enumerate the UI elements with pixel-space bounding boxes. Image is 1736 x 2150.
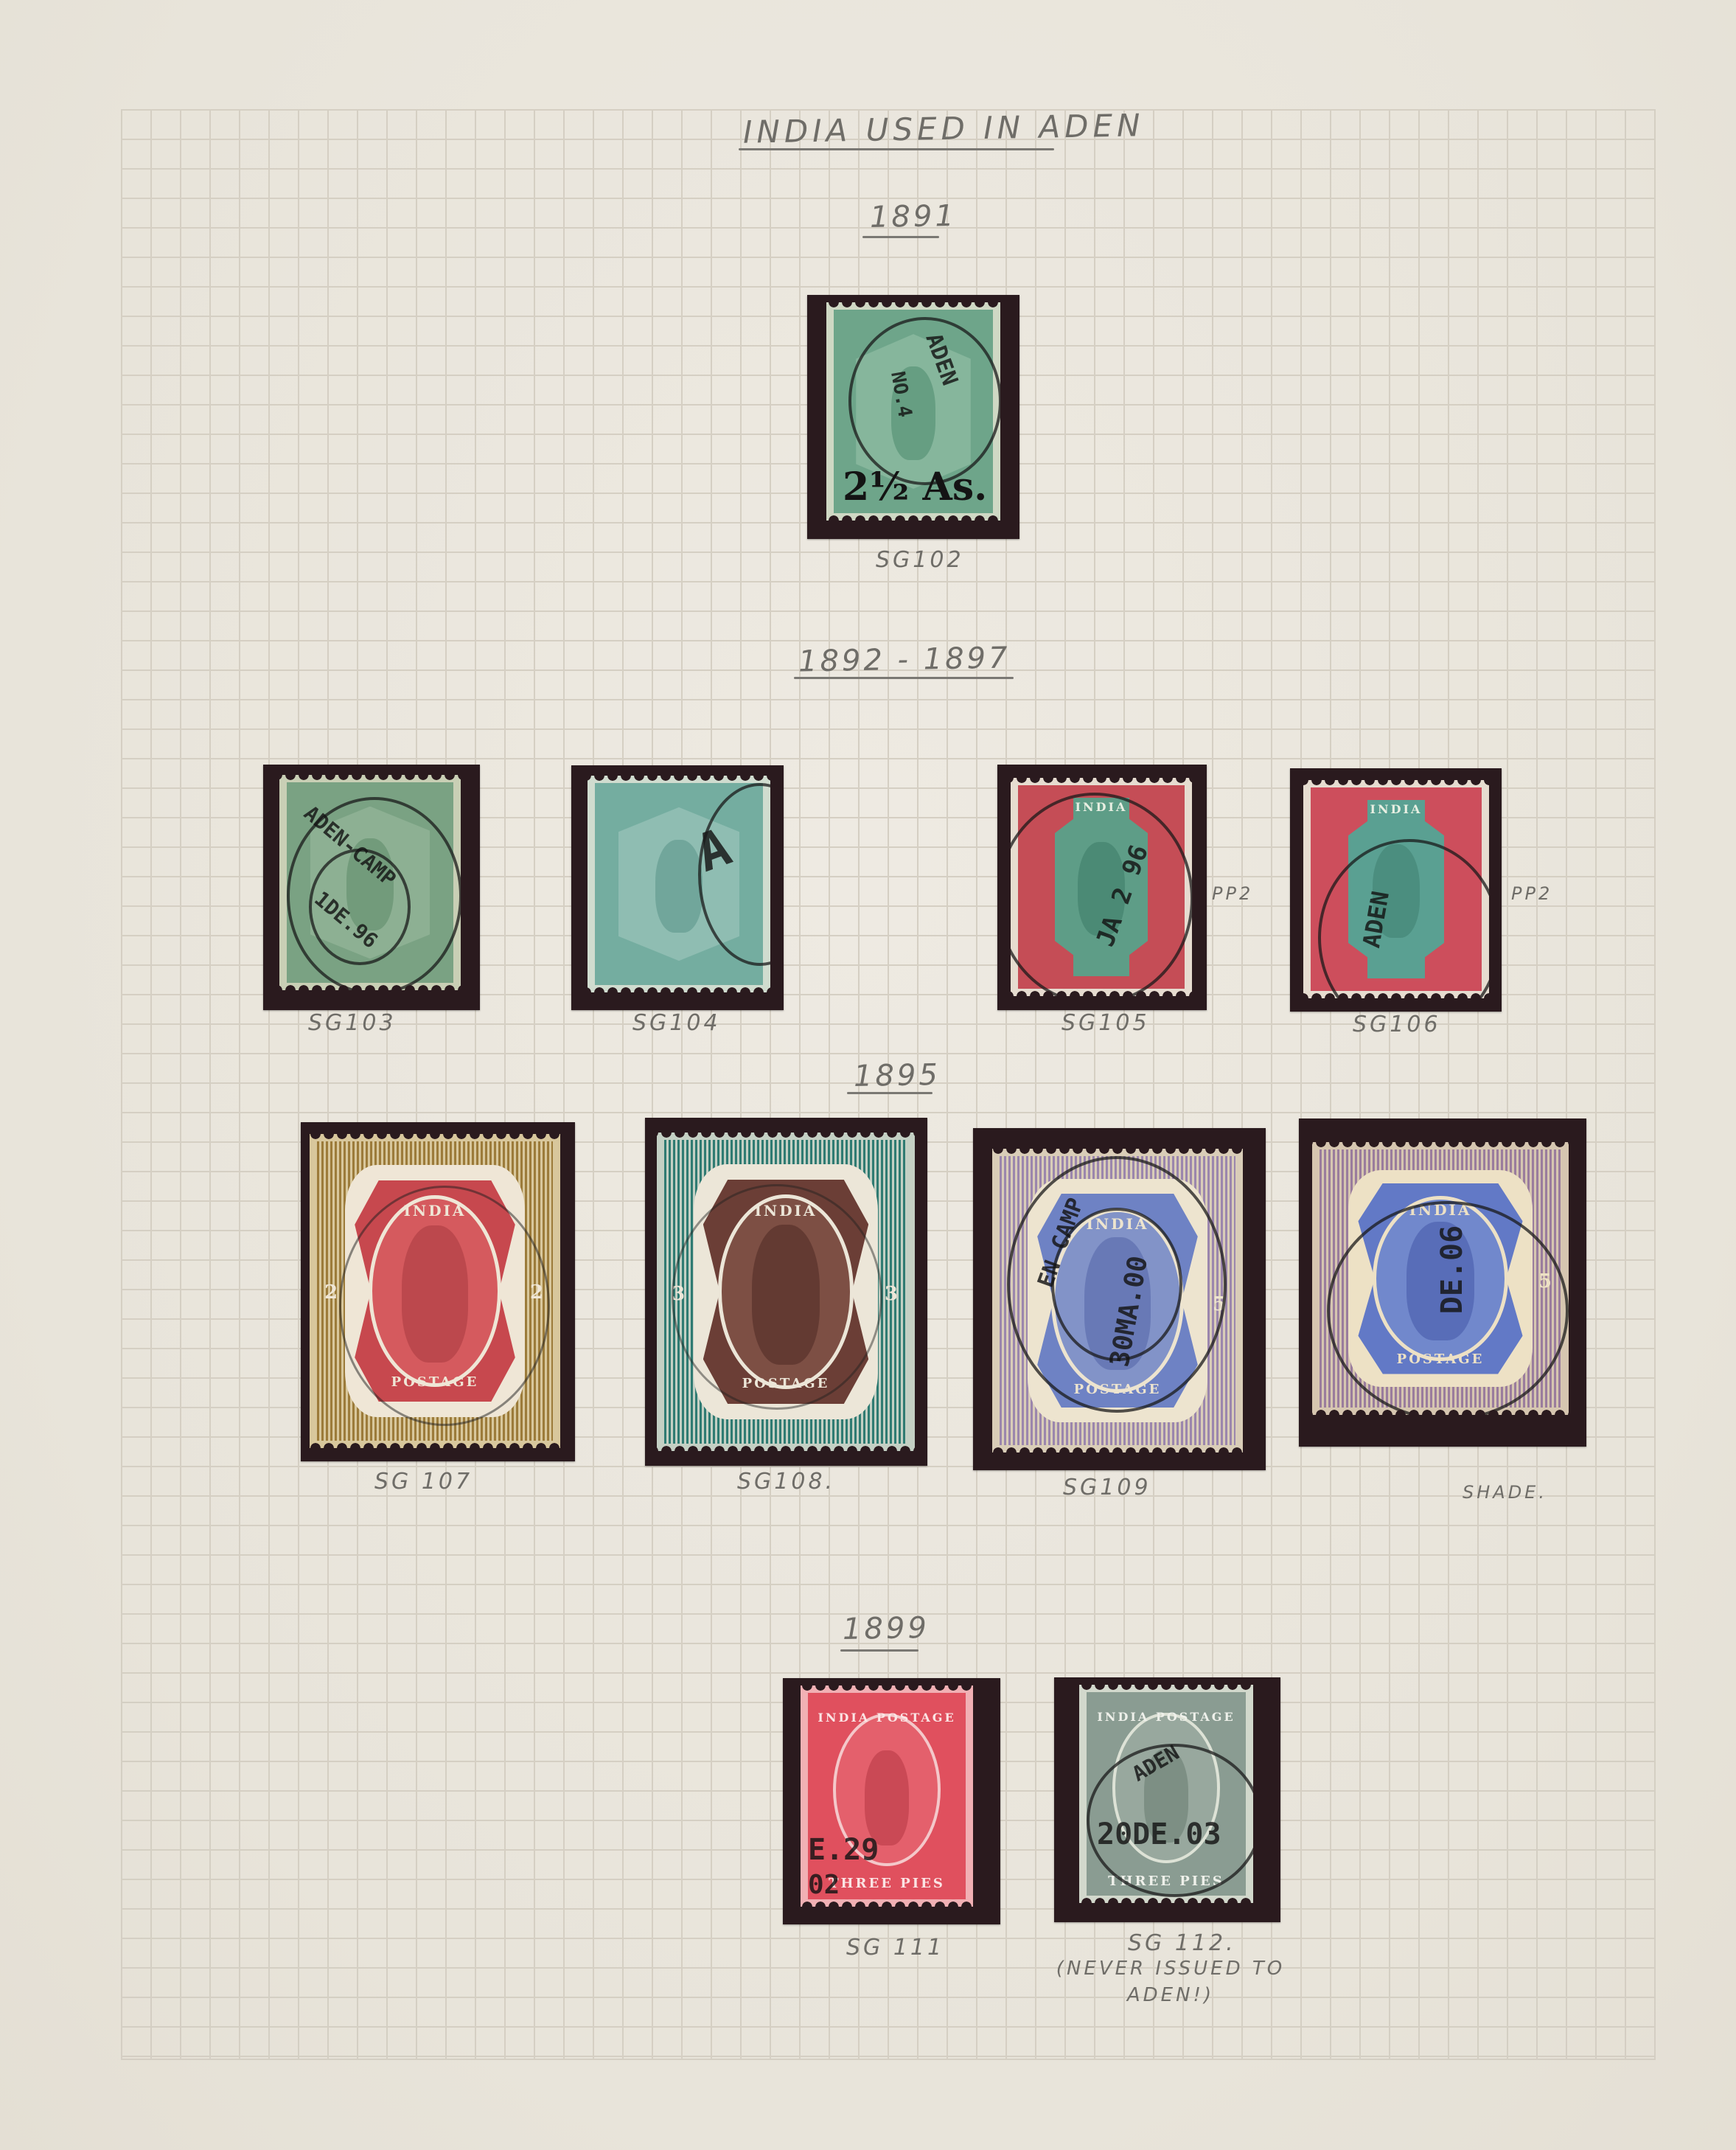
postmark-date: 20DE.03 [1097,1817,1221,1851]
stamp-mount-sg103: ADEN-CAMP 1DE.96 [263,765,480,1010]
stamp-sg112[interactable]: INDIA POSTAGE THREE PIES ADEN 20DE.03 [1079,1685,1253,1903]
stamp-shade[interactable]: INDIA POSTAGE 5 DE.06 [1312,1142,1569,1415]
stamp-sg106[interactable]: INDIA ADEN [1303,780,1489,998]
stamp-mount-shade: INDIA POSTAGE 5 DE.06 [1299,1119,1586,1447]
stamp-label-sg108: SG108. [737,1469,835,1495]
postmark-year: 02 [808,1870,840,1900]
stamp-label-shade: SHADE. [1463,1482,1547,1503]
stamp-sg105[interactable]: INDIA JA 2 96 [1011,778,1192,996]
stamp-mount-sg111: INDIA POSTAGE THREE PIES E.29 02 [783,1678,1000,1924]
section-underline-1892-1897 [794,677,1014,679]
album-page: INDIA USED IN ADEN 1891 ADEN NO.4 2½ As.… [0,0,1736,2150]
postmark-date: DE.06 [1435,1225,1469,1314]
stamp-inscription: INDIA POSTAGE [1079,1710,1253,1724]
stamp-sg103[interactable]: ADEN-CAMP 1DE.96 [279,775,461,990]
section-underline-1891 [862,236,939,238]
stamp-sg107[interactable]: INDIA POSTAGE 2 2 [310,1134,560,1448]
stamp-label-sg106: SG106 [1353,1012,1441,1037]
stamp-value-left: 2 [324,1281,340,1304]
stamp-inscription: INDIA POSTAGE [801,1711,973,1725]
stamp-sg109[interactable]: INDIA POSTAGE 5 EN CAMP 30MA.00 [992,1149,1243,1453]
stamp-sg108[interactable]: INDIA POSTAGE 3 3 [657,1133,915,1451]
stamp-mount-sg108: INDIA POSTAGE 3 3 [645,1118,927,1466]
section-heading-1895: 1895 [854,1058,941,1093]
stamp-mount-sg109: INDIA POSTAGE 5 EN CAMP 30MA.00 [973,1128,1266,1470]
section-underline-1899 [840,1649,918,1652]
stamp-label-sg102: SG102 [876,547,964,573]
stamp-label-sg112: SG 112. [1128,1930,1236,1956]
page-title: INDIA USED IN ADEN [743,107,1145,150]
stamp-label-sg103: SG103 [308,1010,397,1036]
stamp-note-sg112: (NEVER ISSUED TO ADEN!) [1045,1955,1296,2008]
stamp-sg111[interactable]: INDIA POSTAGE THREE PIES E.29 02 [801,1685,973,1907]
stamp-mount-sg105: INDIA JA 2 96 [997,765,1207,1010]
stamp-label-sg104: SG104 [632,1010,721,1036]
stamp-label-sg105: SG105 [1062,1010,1150,1036]
stamp-label-sg109: SG109 [1063,1475,1151,1500]
stamp-sg102[interactable]: ADEN NO.4 2½ As. [826,302,1000,521]
stamp-mount-sg104: A [571,765,784,1010]
stamp-mount-sg106: INDIA ADEN [1290,768,1502,1012]
section-underline-1895 [847,1092,933,1094]
section-heading-1899: 1899 [843,1611,930,1646]
stamp-sg104[interactable]: A [588,776,770,992]
stamp-mount-sg102: ADEN NO.4 2½ As. [807,295,1019,539]
stamp-label-sg111: SG 111 [846,1935,944,1961]
title-underline [739,148,1054,150]
stamp-value-right: 3 [885,1283,900,1305]
stamp-label-sg107: SG 107 [374,1469,473,1495]
postmark [672,1184,882,1410]
section-heading-1892-1897: 1892 - 1897 [798,641,1011,678]
stamp-note-sg106: PP2 [1511,883,1552,904]
stamp-mount-sg107: INDIA POSTAGE 2 2 [301,1122,575,1461]
stamp-inscription: INDIA [1303,802,1489,816]
postmark-date: E.29 [808,1833,879,1867]
stamp-note-sg105: PP2 [1212,883,1253,904]
stamp-mount-sg112: INDIA POSTAGE THREE PIES ADEN 20DE.03 [1054,1677,1280,1922]
surcharge-overprint: 2½ As. [843,465,987,509]
postmark [339,1186,550,1426]
section-heading-1891: 1891 [870,199,958,234]
